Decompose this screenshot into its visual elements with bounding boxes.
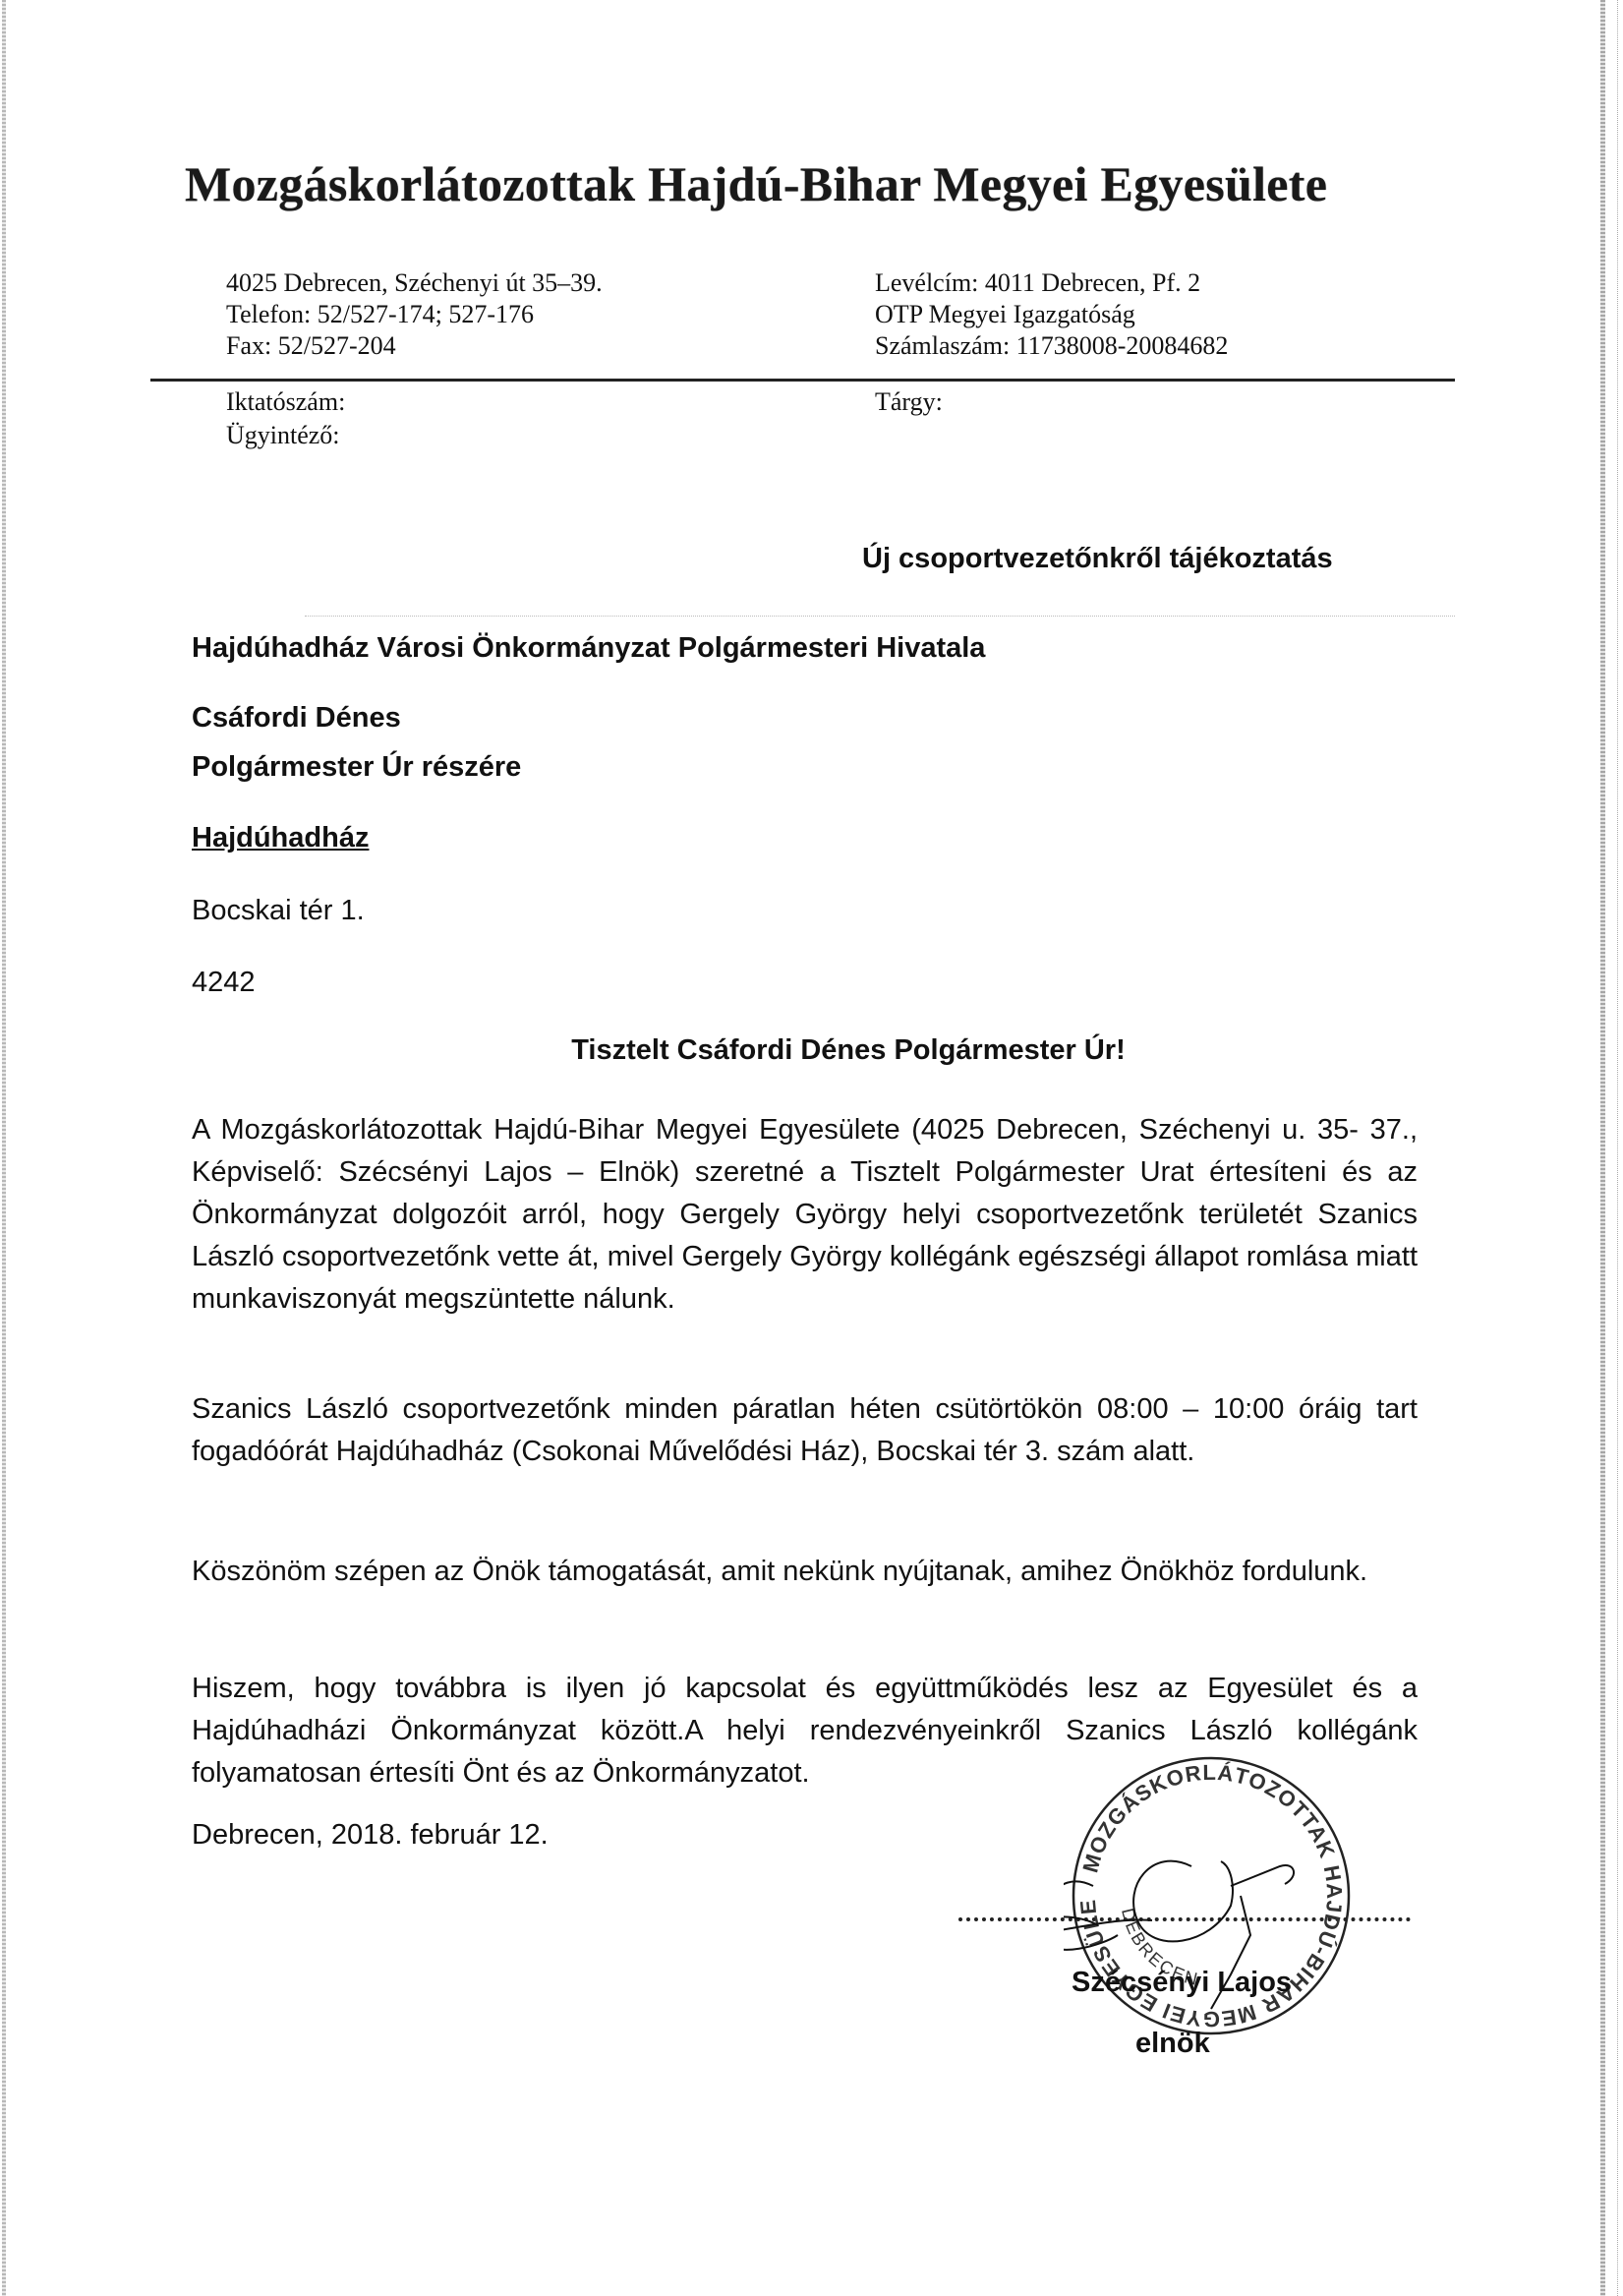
scan-edge-right-dotted [1617, 0, 1619, 2296]
salutation: Tisztelt Csáfordi Dénes Polgármester Úr! [0, 1034, 1623, 1067]
subject-label: Tárgy: [875, 385, 943, 419]
recipient-postcode: 4242 [192, 967, 256, 999]
organization-stamp-icon: MOZGÁSKORLÁTOZOTTAK HAJDÚ-BIHAR MEGYEI E… [1064, 1748, 1359, 2043]
subject-ref-block: Tárgy: [875, 385, 943, 419]
faint-scan-line [305, 616, 1455, 617]
recipient-office: Hajdúhadház Városi Önkormányzat Polgárme… [192, 632, 985, 665]
fax-line: Fax: 52/527-204 [226, 330, 603, 362]
bank-line: OTP Megyei Igazgatóság [875, 299, 1228, 330]
recipient-name: Csáfordi Dénes [192, 702, 401, 735]
signer-title: elnök [1135, 2028, 1210, 2060]
address-line: 4025 Debrecen, Széchenyi út 35–39. [226, 267, 603, 299]
letterhead-postal-block: Levélcím: 4011 Debrecen, Pf. 2 OTP Megye… [875, 267, 1228, 362]
body-paragraph: Szanics László csoportvezetőnk minden pá… [192, 1388, 1418, 1473]
recipient-city: Hajdúhadház [192, 822, 369, 854]
postal-address-line: Levélcím: 4011 Debrecen, Pf. 2 [875, 267, 1228, 299]
scan-edge-right [1600, 0, 1605, 2296]
letter-subject: Új csoportvezetőnkről tájékoztatás [862, 543, 1333, 575]
date-line: Debrecen, 2018. február 12. [192, 1819, 549, 1852]
letterhead-address-block: 4025 Debrecen, Széchenyi út 35–39. Telef… [226, 267, 603, 362]
recipient-street: Bocskai tér 1. [192, 895, 365, 927]
body-paragraph: A Mozgáskorlátozottak Hajdú-Bihar Megyei… [192, 1109, 1418, 1321]
scan-edge-left [2, 0, 6, 2296]
case-officer-label: Ügyintéző: [226, 419, 345, 452]
signer-name: Szécsényi Lajos [1072, 1967, 1292, 1999]
account-number-line: Számlaszám: 11738008-20084682 [875, 330, 1228, 362]
letterhead-divider [150, 379, 1455, 382]
reference-block: Iktatószám: Ügyintéző: [226, 385, 345, 452]
phone-line: Telefon: 52/527-174; 527-176 [226, 299, 603, 330]
scanned-letter-page: Mozgáskorlátozottak Hajdú-Bihar Megyei E… [0, 0, 1623, 2296]
organization-title: Mozgáskorlátozottak Hajdú-Bihar Megyei E… [185, 155, 1423, 212]
recipient-title: Polgármester Úr részére [192, 751, 521, 784]
registration-number-label: Iktatószám: [226, 385, 345, 419]
body-paragraph: Köszönöm szépen az Önök támogatását, ami… [192, 1551, 1418, 1593]
